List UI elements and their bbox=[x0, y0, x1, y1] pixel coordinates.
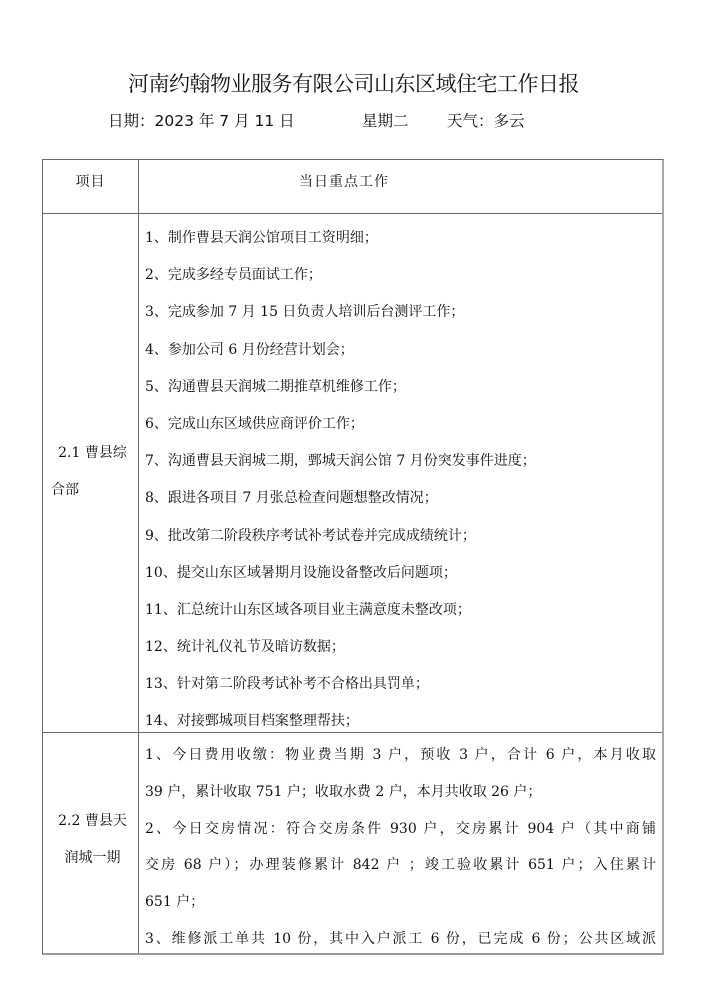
work-item-list: 1、制作曹县天润公馆项目工资明细； 2、完成多经专员面试工作； 3、完成参加 7… bbox=[139, 214, 662, 741]
work-item: 1、制作曹县天润公馆项目工资明细； bbox=[145, 220, 662, 257]
table-row-caoxian-tianruncheng-phase1: 2.2 曹县天 润城一期 1、今日费用收缴：物业费当期 3 户，预收 3 户，合… bbox=[43, 733, 662, 953]
report-line: 39 户，累计收取 751 户；收取水费 2 户，本月共收取 26 户； bbox=[145, 774, 656, 811]
section-label: 2.2 曹县天 润城一期 bbox=[49, 803, 136, 877]
work-item: 8、跟进各项目 7 月张总检查问题想整改情况； bbox=[145, 480, 662, 517]
work-item: 4、参加公司 6 月份经营计划会； bbox=[145, 332, 662, 369]
section-label-cell: 2.1 曹县综 合部 bbox=[43, 214, 139, 732]
header-key-work-label: 当日重点工作 bbox=[139, 171, 549, 191]
table-row-caoxian-general: 2.1 曹县综 合部 1、制作曹县天润公馆项目工资明细； 2、完成多经专员面试工… bbox=[43, 214, 662, 733]
work-item: 10、提交山东区域暑期月设施设备整改后问题项； bbox=[145, 555, 662, 592]
report-line: 3、维修派工单共 10 份，其中入户派工 6 份，已完成 6 份；公共区域派 bbox=[145, 921, 656, 958]
work-item: 9、批改第二阶段秩序考试补考试卷并完成成绩统计； bbox=[145, 518, 662, 555]
header-cell-project: 项目 bbox=[43, 160, 139, 213]
table-header-row: 项目 当日重点工作 bbox=[43, 160, 662, 214]
work-item: 11、汇总统计山东区域各项目业主满意度未整改项； bbox=[145, 592, 662, 629]
report-weather: 天气：多云 bbox=[447, 109, 525, 131]
work-item: 5、沟通曹县天润城二期推草机维修工作； bbox=[145, 369, 662, 406]
report-line: 交房 68 户）；办理装修累计 842 户 ；竣工验收累计 651 户；入住累计 bbox=[145, 847, 656, 884]
section-label: 2.1 曹县综 合部 bbox=[49, 435, 136, 509]
section-label-line: 润城一期 bbox=[49, 840, 136, 877]
section-content-cell: 1、今日费用收缴：物业费当期 3 户，预收 3 户，合计 6 户，本月收取 39… bbox=[139, 733, 662, 953]
work-item: 12、统计礼仪礼节及暗访数据； bbox=[145, 629, 662, 666]
header-project-label: 项目 bbox=[43, 171, 138, 191]
work-item: 7、沟通曹县天润城二期，鄄城天润公馆 7 月份突发事件进度； bbox=[145, 443, 662, 480]
section-label-cell: 2.2 曹县天 润城一期 bbox=[43, 733, 139, 953]
section-label-line: 2.1 曹县综 bbox=[49, 435, 136, 472]
report-weekday: 星期二 bbox=[362, 109, 409, 131]
work-item: 13、针对第二阶段考试补考不合格出具罚单； bbox=[145, 666, 662, 703]
work-item: 3、完成参加 7 月 15 日负责人培训后台测评工作； bbox=[145, 294, 662, 331]
header-cell-key-work: 当日重点工作 bbox=[139, 160, 662, 213]
daily-work-table: 项目 当日重点工作 2.1 曹县综 合部 1、制作曹县天润公馆项目工资明细； 2… bbox=[42, 159, 664, 955]
report-line: 2、今日交房情况：符合交房条件 930 户，交房累计 904 户（其中商铺 bbox=[145, 811, 656, 848]
work-item: 2、完成多经专员面试工作； bbox=[145, 257, 662, 294]
report-line: 1、今日费用收缴：物业费当期 3 户，预收 3 户，合计 6 户，本月收取 bbox=[145, 737, 656, 774]
section-label-line: 合部 bbox=[49, 472, 136, 509]
report-date: 日期：2023 年 7 月 11 日 bbox=[108, 109, 295, 131]
section-label-line: 2.2 曹县天 bbox=[49, 803, 136, 840]
report-title: 河南约翰物业服务有限公司山东区域住宅工作日报 bbox=[0, 68, 707, 98]
work-report-paragraphs: 1、今日费用收缴：物业费当期 3 户，预收 3 户，合计 6 户，本月收取 39… bbox=[139, 733, 662, 958]
report-line: 651 户； bbox=[145, 884, 656, 921]
work-item: 6、完成山东区域供应商评价工作； bbox=[145, 406, 662, 443]
section-content-cell: 1、制作曹县天润公馆项目工资明细； 2、完成多经专员面试工作； 3、完成参加 7… bbox=[139, 214, 662, 732]
